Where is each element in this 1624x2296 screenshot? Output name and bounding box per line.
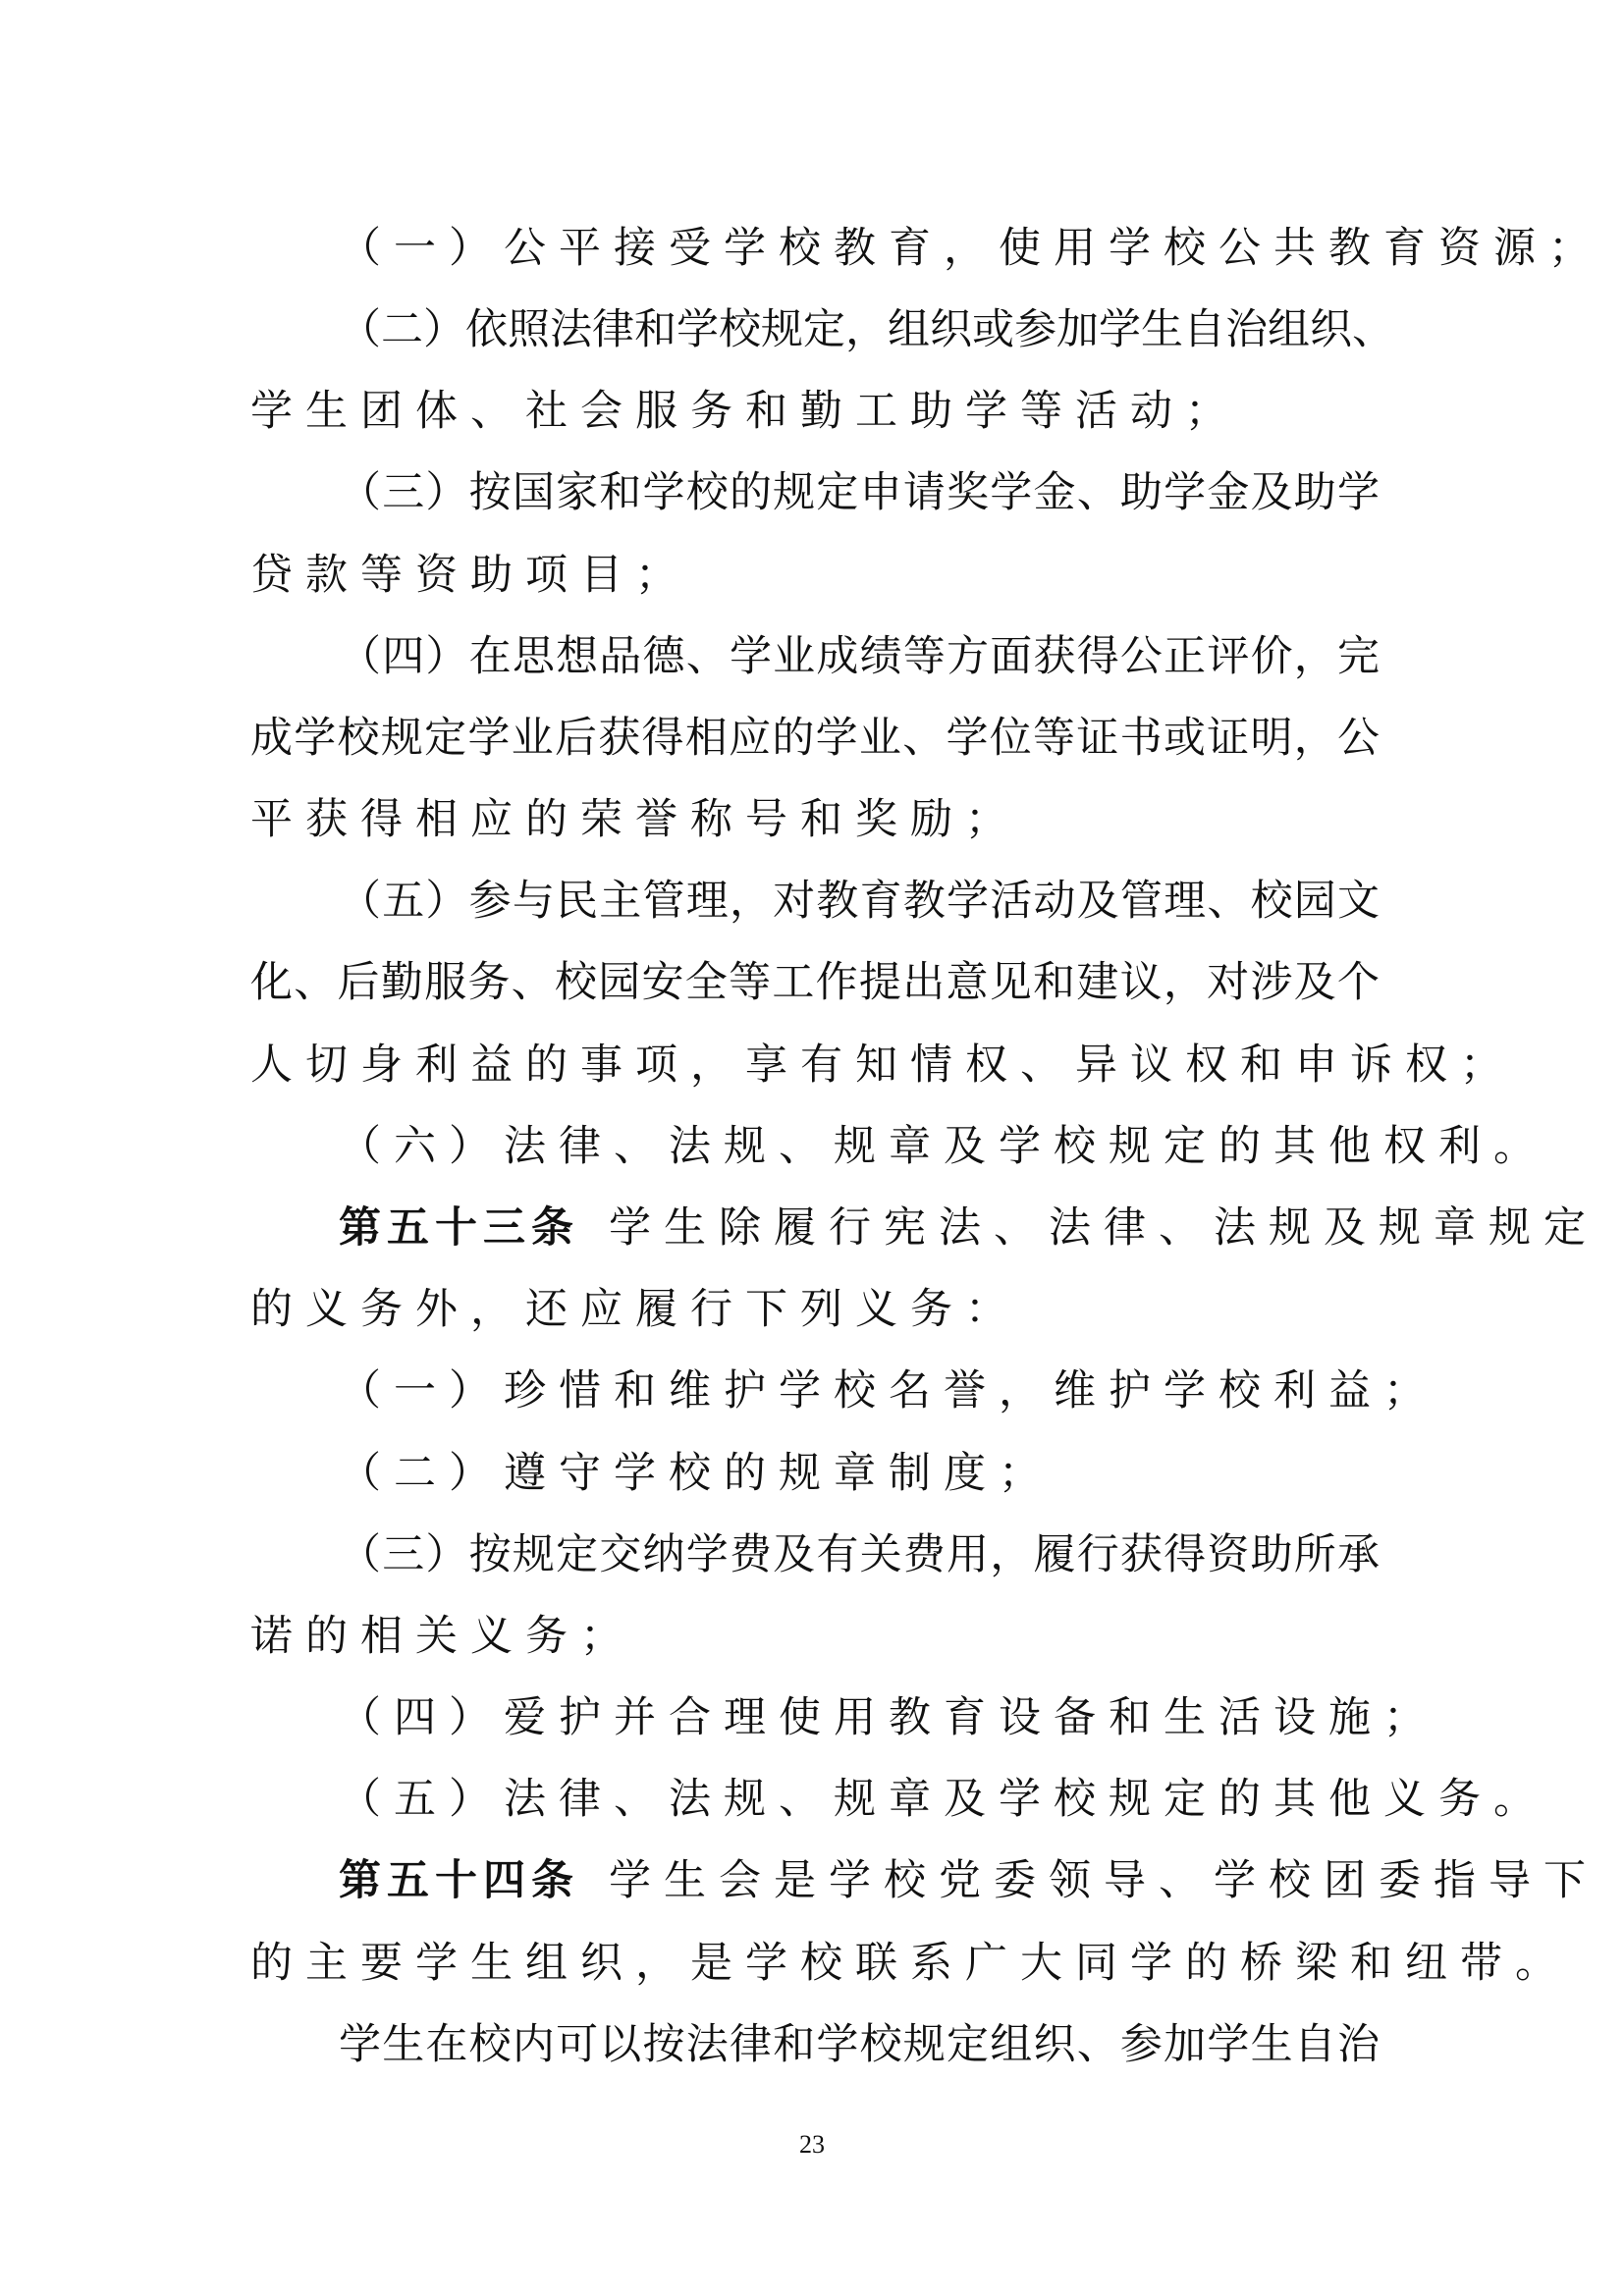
article-number: 第五十四条 [339, 1856, 579, 1905]
text-line: （三）按规定交纳学费及有关费用，履行获得资助所承 [339, 1525, 1380, 1584]
article-text: 学生除履行宪法、法律、法规及规章规定 [609, 1203, 1598, 1253]
text-line: 化、后勤服务、校园安全等工作提出意见和建议，对涉及个 [250, 953, 1380, 1012]
text-line: （五）法律、法规、规章及学校规定的其他义务。 [339, 1770, 1380, 1829]
text-line: （一）珍惜和维护学校名誉，维护学校利益； [339, 1362, 1380, 1420]
text-line: （二）依照法律和学校规定，组织或参加学生自治组织、 [339, 300, 1380, 359]
text-line: 诺的相关义务； [250, 1607, 1380, 1666]
text-line: 人切身利益的事项，享有知情权、异议权和申诉权； [250, 1036, 1380, 1095]
text-line: （二）遵守学校的规章制度； [339, 1444, 1380, 1503]
text-line: 的义务外，还应履行下列义务： [250, 1280, 1380, 1339]
article-heading-line: 第五十三条学生除履行宪法、法律、法规及规章规定 [339, 1199, 1380, 1257]
article-heading-line: 第五十四条学生会是学校党委领导、学校团委指导下 [339, 1851, 1380, 1910]
text-line: （一）公平接受学校教育，使用学校公共教育资源； [339, 219, 1380, 278]
text-line: 贷款等资助项目； [250, 546, 1380, 605]
text-line: （六）法律、法规、规章及学校规定的其他权利。 [339, 1117, 1380, 1176]
text-line: （三）按国家和学校的规定申请奖学金、助学金及助学 [339, 463, 1380, 522]
text-line: 的主要学生组织，是学校联系广大同学的桥梁和纽带。 [250, 1934, 1380, 1993]
text-line: 平获得相应的荣誉称号和奖励； [250, 790, 1380, 849]
page-number: 23 [763, 2130, 861, 2160]
text-line: 成学校规定学业后获得相应的学业、学位等证书或证明，公 [250, 709, 1380, 768]
text-line: （四）爱护并合理使用教育设备和生活设施； [339, 1688, 1380, 1747]
text-line: 学生在校内可以按法律和学校规定组织、参加学生自治 [339, 2015, 1380, 2074]
text-line: （四）在思想品德、学业成绩等方面获得公正评价，完 [339, 627, 1380, 686]
article-number: 第五十三条 [339, 1203, 579, 1253]
text-line: （五）参与民主管理，对教育教学活动及管理、校园文 [339, 872, 1380, 931]
document-page: （一）公平接受学校教育，使用学校公共教育资源； （二）依照法律和学校规定，组织或… [0, 0, 1624, 2296]
text-line: 学生团体、社会服务和勤工助学等活动； [250, 382, 1380, 441]
article-text: 学生会是学校党委领导、学校团委指导下 [609, 1856, 1598, 1905]
